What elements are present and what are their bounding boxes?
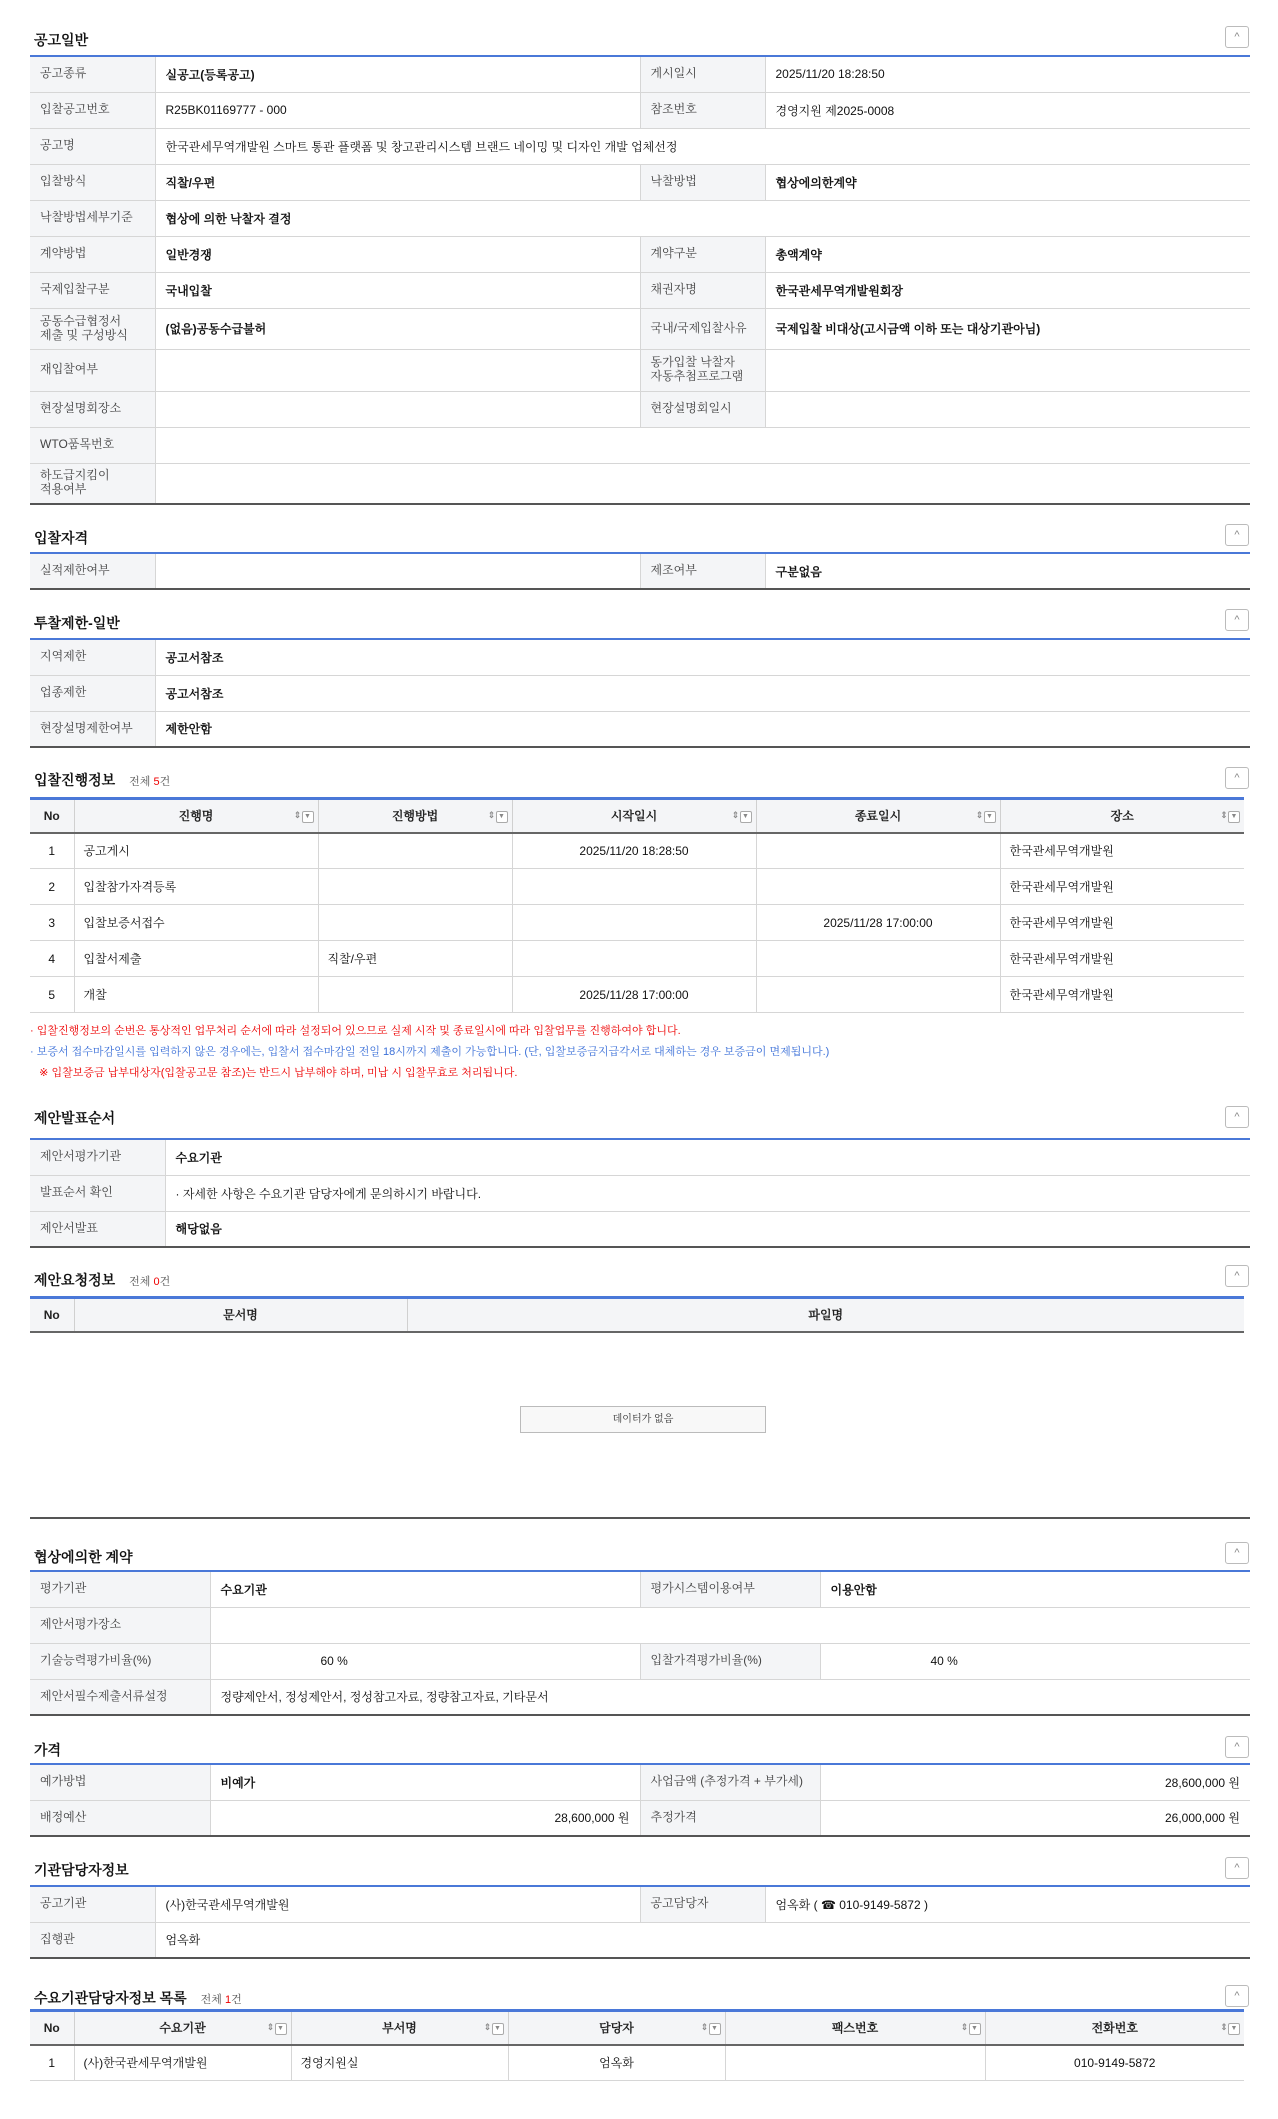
column-header[interactable]: 진행명⇕▼ <box>74 799 318 833</box>
field-label: 발표순서 확인 <box>30 1175 165 1211</box>
kv-row: WTO품목번호 <box>30 427 1250 463</box>
kv-row: 예가방법비예가사업금액 (추정가격 + 부가세)28,600,000 원 <box>30 1764 1250 1800</box>
table-row: 2입찰참가자격등록한국관세무역개발원 <box>30 869 1244 905</box>
table-cell: 1 <box>30 833 74 869</box>
filter-dropdown-icon[interactable]: ▼ <box>1228 2023 1240 2035</box>
section-title-presentation: 제안발표순서 <box>34 1108 115 1128</box>
progress-title: 입찰진행정보 <box>34 772 115 788</box>
table-cell: 공고게시 <box>74 833 318 869</box>
chevron-up-icon: ^ <box>1234 1547 1239 1559</box>
field-value: 40 % <box>820 1643 1250 1679</box>
section-title-qualification: 입찰자격 <box>34 528 88 548</box>
field-label: 공고명 <box>30 128 155 164</box>
table-cell <box>318 977 512 1013</box>
kv-row: 계약방법일반경쟁계약구분총액계약 <box>30 236 1250 272</box>
filter-dropdown-icon[interactable]: ▼ <box>984 811 996 823</box>
table-row: 4입찰서제출직찰/우편한국관세무역개발원 <box>30 941 1244 977</box>
sort-icon[interactable]: ⇕ <box>976 810 984 821</box>
collapse-restriction-button[interactable]: ^ <box>1225 609 1249 631</box>
proposal-request-count: 전체 0건 <box>129 1276 170 1288</box>
kv-row: 현장설명회장소현장설명회일시 <box>30 391 1250 427</box>
field-value: 실공고(등록공고) <box>155 56 640 92</box>
table-cell: 엄옥화 <box>508 2045 725 2081</box>
collapse-agency-contact-button[interactable]: ^ <box>1225 1857 1249 1879</box>
general-table: 공고종류실공고(등록공고)게시일시2025/11/20 18:28:50입찰공고… <box>30 55 1250 505</box>
field-value: 비예가 <box>210 1764 640 1800</box>
table-cell: 경영지원실 <box>291 2045 508 2081</box>
field-value <box>765 391 1250 427</box>
field-label: 제안서필수제출서류설정 <box>30 1679 210 1715</box>
field-value: 일반경쟁 <box>155 236 640 272</box>
field-label: 입찰가격평가비율(%) <box>640 1643 820 1679</box>
section-title-restriction: 투찰제한-일반 <box>34 613 120 633</box>
chevron-up-icon: ^ <box>1234 1111 1239 1123</box>
section-title-price: 가격 <box>34 1740 61 1760</box>
field-label: 공동수급협정서제출 및 구성방식 <box>30 308 155 349</box>
sort-filter-control[interactable]: ⇕▼ <box>976 810 996 823</box>
qualification-table: 실적제한여부제조여부구분없음 <box>30 552 1250 590</box>
field-value: 정량제안서, 정성제안서, 정성참고자료, 정량참고자료, 기타문서 <box>210 1679 1250 1715</box>
presentation-table: 제안서평가기관수요기관발표순서 확인· 자세한 사항은 수요기관 담당자에게 문… <box>30 1138 1250 1248</box>
column-header[interactable]: 종료일시⇕▼ <box>756 799 1000 833</box>
field-label: WTO품목번호 <box>30 427 155 463</box>
field-value: 수요기관 <box>210 1571 640 1607</box>
field-value: 구분없음 <box>765 553 1250 589</box>
filter-dropdown-icon[interactable]: ▼ <box>709 2023 721 2035</box>
kv-row: 공동수급협정서제출 및 구성방식(없음)공동수급불허국내/국제입찰사유국제입찰 … <box>30 308 1250 349</box>
field-label: 참조번호 <box>640 92 765 128</box>
collapse-proposal-request-button[interactable]: ^ <box>1225 1265 1249 1287</box>
field-value: 직찰/우편 <box>155 164 640 200</box>
table-cell: 2 <box>30 869 74 905</box>
filter-dropdown-icon[interactable]: ▼ <box>1228 811 1240 823</box>
kv-row: 업종제한공고서참조 <box>30 675 1250 711</box>
sort-icon[interactable]: ⇕ <box>294 810 302 821</box>
sort-icon[interactable]: ⇕ <box>732 810 740 821</box>
column-header[interactable]: 전화번호⇕▼ <box>985 2011 1244 2045</box>
table-cell <box>725 2045 985 2081</box>
table-cell: 010-9149-5872 <box>985 2045 1244 2081</box>
field-value: 한국관세무역개발원 스마트 통관 플랫폼 및 창고관리시스템 브랜드 네이밍 및… <box>155 128 1250 164</box>
field-value: 26,000,000 원 <box>820 1800 1250 1836</box>
negotiation-table: 평가기관수요기관평가시스템이용여부이용안함제안서평가장소기술능력평가비율(%)6… <box>30 1570 1250 1716</box>
chevron-up-icon: ^ <box>1234 1862 1239 1874</box>
table-cell: 한국관세무역개발원 <box>1000 977 1244 1013</box>
field-label: 입찰방식 <box>30 164 155 200</box>
field-label: 하도급지킴이적용여부 <box>30 463 155 504</box>
field-label: 예가방법 <box>30 1764 210 1800</box>
table-cell <box>512 941 756 977</box>
no-data-message: 데이터가 없음 <box>520 1406 766 1433</box>
field-value <box>155 463 1250 504</box>
table-row: 1(사)한국관세무역개발원경영지원실엄옥화010-9149-5872 <box>30 2045 1244 2081</box>
table-cell <box>756 869 1000 905</box>
table-cell: 한국관세무역개발원 <box>1000 941 1244 977</box>
field-label: 국제입찰구분 <box>30 272 155 308</box>
table-cell <box>512 869 756 905</box>
sort-filter-control[interactable]: ⇕▼ <box>961 2022 981 2035</box>
progress-notes: · 입찰진행정보의 순번은 통상적인 업무처리 순서에 따라 설정되어 있으므로… <box>30 1021 829 1084</box>
field-value: 28,600,000 원 <box>210 1800 640 1836</box>
kv-row: 하도급지킴이적용여부 <box>30 463 1250 504</box>
table-cell: 2025/11/28 17:00:00 <box>512 977 756 1013</box>
field-label: 사업금액 (추정가격 + 부가세) <box>640 1764 820 1800</box>
field-value: 협상에 의한 낙찰자 결정 <box>155 200 1250 236</box>
table-row: 1공고게시2025/11/20 18:28:50한국관세무역개발원 <box>30 833 1244 869</box>
kv-row: 재입찰여부동가입찰 낙찰자자동추첨프로그램 <box>30 349 1250 391</box>
table-cell: 3 <box>30 905 74 941</box>
kv-row: 입찰방식직찰/우편낙찰방법협상에의한계약 <box>30 164 1250 200</box>
table-cell: 한국관세무역개발원 <box>1000 905 1244 941</box>
collapse-price-button[interactable]: ^ <box>1225 1736 1249 1758</box>
proposal-empty-area: 데이터가 없음 <box>30 1333 1250 1519</box>
collapse-qualification-button[interactable]: ^ <box>1225 524 1249 546</box>
filter-dropdown-icon[interactable]: ▼ <box>496 811 508 823</box>
field-value: 2025/11/20 18:28:50 <box>765 56 1250 92</box>
column-header[interactable]: 장소⇕▼ <box>1000 799 1244 833</box>
chevron-up-icon: ^ <box>1234 614 1239 626</box>
field-label: 제안서평가장소 <box>30 1607 210 1643</box>
sort-filter-control[interactable]: ⇕▼ <box>1220 2022 1240 2035</box>
progress-count: 전체 5건 <box>129 776 170 788</box>
sort-icon[interactable]: ⇕ <box>1220 2022 1228 2033</box>
notice-text: ※ 입찰보증금 납부대상자(입찰공고문 참조)는 반드시 납부해야 하며, 미납… <box>30 1063 829 1084</box>
field-label: 추정가격 <box>640 1800 820 1836</box>
collapse-progress-button[interactable]: ^ <box>1225 767 1249 789</box>
section-title-general: 공고일반 <box>34 30 88 50</box>
field-label: 재입찰여부 <box>30 349 155 391</box>
progress-table: No진행명⇕▼진행방법⇕▼시작일시⇕▼종료일시⇕▼장소⇕▼ 1공고게시2025/… <box>30 797 1244 1013</box>
field-label: 계약방법 <box>30 236 155 272</box>
chevron-up-icon: ^ <box>1234 1990 1239 2002</box>
field-label: 동가입찰 낙찰자자동추첨프로그램 <box>640 349 765 391</box>
sort-icon[interactable]: ⇕ <box>961 2022 969 2033</box>
field-label: 게시일시 <box>640 56 765 92</box>
section-title-negotiation: 협상에의한 계약 <box>34 1547 133 1567</box>
table-cell <box>756 941 1000 977</box>
field-value: (사)한국관세무역개발원 <box>155 1886 640 1922</box>
section-title-agency-contact: 기관담당자정보 <box>34 1860 129 1880</box>
field-label: 실적제한여부 <box>30 553 155 589</box>
table-cell: 직찰/우편 <box>318 941 512 977</box>
section-title-proposal-request: 제안요청정보전체 0건 <box>34 1270 170 1290</box>
kv-row: 낙찰방법세부기준협상에 의한 낙찰자 결정 <box>30 200 1250 236</box>
kv-row: 발표순서 확인· 자세한 사항은 수요기관 담당자에게 문의하시기 바랍니다. <box>30 1175 1250 1211</box>
field-label: 채권자명 <box>640 272 765 308</box>
kv-row: 입찰공고번호R25BK01169777 - 000참조번호경영지원 제2025-… <box>30 92 1250 128</box>
column-header: 파일명 <box>407 1298 1244 1332</box>
field-value: 엄옥화 <box>155 1922 1250 1958</box>
price-table: 예가방법비예가사업금액 (추정가격 + 부가세)28,600,000 원배정예산… <box>30 1763 1250 1837</box>
notice-text: · 입찰진행정보의 순번은 통상적인 업무처리 순서에 따라 설정되어 있으므로… <box>30 1021 829 1042</box>
sort-filter-control[interactable]: ⇕▼ <box>267 2022 287 2035</box>
table-cell: 2025/11/20 18:28:50 <box>512 833 756 869</box>
field-label: 지역제한 <box>30 639 155 675</box>
table-cell: (사)한국관세무역개발원 <box>74 2045 291 2081</box>
field-label: 제조여부 <box>640 553 765 589</box>
column-header[interactable]: 시작일시⇕▼ <box>512 799 756 833</box>
table-cell: 2025/11/28 17:00:00 <box>756 905 1000 941</box>
table-row: 3입찰보증서접수2025/11/28 17:00:00한국관세무역개발원 <box>30 905 1244 941</box>
table-cell: 입찰서제출 <box>74 941 318 977</box>
filter-dropdown-icon[interactable]: ▼ <box>275 2023 287 2035</box>
column-header[interactable]: 수요기관⇕▼ <box>74 2011 291 2045</box>
field-label: 평가기관 <box>30 1571 210 1607</box>
kv-row: 공고명한국관세무역개발원 스마트 통관 플랫폼 및 창고관리시스템 브랜드 네이… <box>30 128 1250 164</box>
kv-row: 실적제한여부제조여부구분없음 <box>30 553 1250 589</box>
field-value <box>155 427 1250 463</box>
sort-filter-control[interactable]: ⇕▼ <box>701 2022 721 2035</box>
sort-filter-control[interactable]: ⇕▼ <box>732 810 752 823</box>
field-value: 한국관세무역개발원회장 <box>765 272 1250 308</box>
table-cell: 개찰 <box>74 977 318 1013</box>
restriction-table: 지역제한공고서참조업종제한공고서참조현장설명제한여부제한안함 <box>30 638 1250 748</box>
table-cell <box>512 905 756 941</box>
sort-filter-control[interactable]: ⇕▼ <box>488 810 508 823</box>
chevron-up-icon: ^ <box>1234 772 1239 784</box>
kv-row: 지역제한공고서참조 <box>30 639 1250 675</box>
filter-dropdown-icon[interactable]: ▼ <box>492 2023 504 2035</box>
field-label: 제안서평가기관 <box>30 1139 165 1175</box>
collapse-negotiation-button[interactable]: ^ <box>1225 1542 1249 1564</box>
notice-text: · 보증서 접수마감일시를 입력하지 않은 경우에는, 입찰서 접수마감일 전일… <box>30 1042 829 1063</box>
table-cell: 5 <box>30 977 74 1013</box>
field-value: 공고서참조 <box>155 675 1250 711</box>
field-value <box>765 349 1250 391</box>
sort-icon[interactable]: ⇕ <box>484 2022 492 2033</box>
table-cell: 입찰보증서접수 <box>74 905 318 941</box>
field-value: R25BK01169777 - 000 <box>155 92 640 128</box>
table-cell <box>318 833 512 869</box>
table-cell <box>756 977 1000 1013</box>
demand-contacts-table: No수요기관⇕▼부서명⇕▼담당자⇕▼팩스번호⇕▼전화번호⇕▼ 1(사)한국관세무… <box>30 2009 1244 2081</box>
chevron-up-icon: ^ <box>1234 1270 1239 1282</box>
field-label: 현장설명제한여부 <box>30 711 155 747</box>
field-value <box>155 553 640 589</box>
field-label: 계약구분 <box>640 236 765 272</box>
sort-icon[interactable]: ⇕ <box>1220 810 1228 821</box>
table-cell: 입찰참가자격등록 <box>74 869 318 905</box>
column-header[interactable]: 팩스번호⇕▼ <box>725 2011 985 2045</box>
table-cell: 4 <box>30 941 74 977</box>
field-value: 공고서참조 <box>155 639 1250 675</box>
collapse-general-button[interactable]: ^ <box>1225 26 1249 48</box>
kv-row: 제안서발표해당없음 <box>30 1211 1250 1247</box>
field-label: 현장설명회일시 <box>640 391 765 427</box>
field-value: 협상에의한계약 <box>765 164 1250 200</box>
kv-row: 평가기관수요기관평가시스템이용여부이용안함 <box>30 1571 1250 1607</box>
filter-dropdown-icon[interactable]: ▼ <box>740 811 752 823</box>
field-label: 낙찰방법세부기준 <box>30 200 155 236</box>
chevron-up-icon: ^ <box>1234 31 1239 43</box>
field-value: 제한안함 <box>155 711 1250 747</box>
kv-row: 제안서평가장소 <box>30 1607 1250 1643</box>
field-value: 이용안함 <box>820 1571 1250 1607</box>
field-label: 업종제한 <box>30 675 155 711</box>
column-header: 문서명 <box>74 1298 407 1332</box>
field-label: 국내/국제입찰사유 <box>640 308 765 349</box>
field-value: 수요기관 <box>165 1139 1250 1175</box>
field-value: 엄옥화 ( ☎ 010-9149-5872 ) <box>765 1886 1250 1922</box>
field-label: 평가시스템이용여부 <box>640 1571 820 1607</box>
field-value: 총액계약 <box>765 236 1250 272</box>
table-cell: 한국관세무역개발원 <box>1000 833 1244 869</box>
field-label: 현장설명회장소 <box>30 391 155 427</box>
field-label: 제안서발표 <box>30 1211 165 1247</box>
filter-dropdown-icon[interactable]: ▼ <box>302 811 314 823</box>
field-label: 낙찰방법 <box>640 164 765 200</box>
collapse-demand-contacts-button[interactable]: ^ <box>1225 1985 1249 2007</box>
agency-contact-table: 공고기관(사)한국관세무역개발원공고담당자엄옥화 ( ☎ 010-9149-58… <box>30 1885 1250 1959</box>
column-header: No <box>30 1298 74 1332</box>
sort-filter-control[interactable]: ⇕▼ <box>1220 810 1240 823</box>
table-cell <box>756 833 1000 869</box>
field-value: 해당없음 <box>165 1211 1250 1247</box>
field-label: 기술능력평가비율(%) <box>30 1643 210 1679</box>
field-label: 공고종류 <box>30 56 155 92</box>
field-value: (없음)공동수급불허 <box>155 308 640 349</box>
field-label: 배정예산 <box>30 1800 210 1836</box>
kv-row: 집행관엄옥화 <box>30 1922 1250 1958</box>
sort-icon[interactable]: ⇕ <box>701 2022 709 2033</box>
table-cell: 1 <box>30 2045 74 2081</box>
collapse-presentation-button[interactable]: ^ <box>1225 1106 1249 1128</box>
demand-contacts-count: 전체 1건 <box>201 1994 242 2006</box>
column-header[interactable]: 담당자⇕▼ <box>508 2011 725 2045</box>
field-value: 경영지원 제2025-0008 <box>765 92 1250 128</box>
field-label: 입찰공고번호 <box>30 92 155 128</box>
sort-filter-control[interactable]: ⇕▼ <box>484 2022 504 2035</box>
kv-row: 제안서평가기관수요기관 <box>30 1139 1250 1175</box>
field-value <box>155 391 640 427</box>
kv-row: 배정예산28,600,000 원추정가격26,000,000 원 <box>30 1800 1250 1836</box>
sort-filter-control[interactable]: ⇕▼ <box>294 810 314 823</box>
field-value: 국내입찰 <box>155 272 640 308</box>
table-cell: 한국관세무역개발원 <box>1000 869 1244 905</box>
kv-row: 공고기관(사)한국관세무역개발원공고담당자엄옥화 ( ☎ 010-9149-58… <box>30 1886 1250 1922</box>
sort-icon[interactable]: ⇕ <box>488 810 496 821</box>
column-header: No <box>30 2011 74 2045</box>
filter-dropdown-icon[interactable]: ▼ <box>969 2023 981 2035</box>
field-value: 국제입찰 비대상(고시금액 이하 또는 대상기관아님) <box>765 308 1250 349</box>
section-title-progress: 입찰진행정보전체 5건 <box>34 770 170 790</box>
kv-row: 기술능력평가비율(%)60 %입찰가격평가비율(%)40 % <box>30 1643 1250 1679</box>
field-value: 28,600,000 원 <box>820 1764 1250 1800</box>
field-value <box>155 349 640 391</box>
column-header[interactable]: 진행방법⇕▼ <box>318 799 512 833</box>
proposal-request-table: No문서명파일명 <box>30 1296 1244 1333</box>
table-cell <box>318 869 512 905</box>
field-value: · 자세한 사항은 수요기관 담당자에게 문의하시기 바랍니다. <box>165 1175 1250 1211</box>
table-cell <box>318 905 512 941</box>
field-label: 집행관 <box>30 1922 155 1958</box>
kv-row: 공고종류실공고(등록공고)게시일시2025/11/20 18:28:50 <box>30 56 1250 92</box>
column-header: No <box>30 799 74 833</box>
kv-row: 제안서필수제출서류설정정량제안서, 정성제안서, 정성참고자료, 정량참고자료,… <box>30 1679 1250 1715</box>
chevron-up-icon: ^ <box>1234 1741 1239 1753</box>
field-value <box>210 1607 1250 1643</box>
field-value: 60 % <box>210 1643 640 1679</box>
sort-icon[interactable]: ⇕ <box>267 2022 275 2033</box>
chevron-up-icon: ^ <box>1234 529 1239 541</box>
kv-row: 현장설명제한여부제한안함 <box>30 711 1250 747</box>
table-row: 5개찰2025/11/28 17:00:00한국관세무역개발원 <box>30 977 1244 1013</box>
section-title-demand-contacts: 수요기관담당자정보 목록전체 1건 <box>34 1988 242 2008</box>
field-label: 공고담당자 <box>640 1886 765 1922</box>
field-label: 공고기관 <box>30 1886 155 1922</box>
kv-row: 국제입찰구분국내입찰채권자명한국관세무역개발원회장 <box>30 272 1250 308</box>
column-header[interactable]: 부서명⇕▼ <box>291 2011 508 2045</box>
